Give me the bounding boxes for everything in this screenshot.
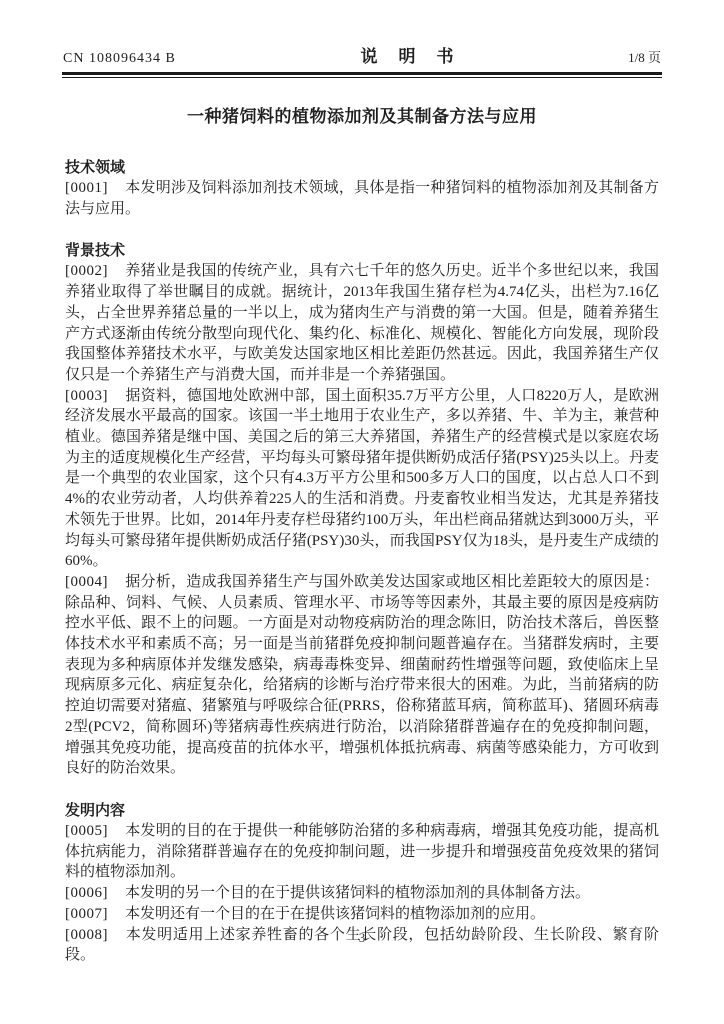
sheet-indicator: 1/8 页 bbox=[628, 47, 661, 66]
document-type-label: 说 明 书 bbox=[360, 42, 455, 67]
paragraph-text: 据资料，德国地处欧洲中部，国土面积35.7万平方公里，人口8220万人，是欧洲经… bbox=[65, 388, 659, 570]
paragraph-number: [0002] bbox=[65, 261, 108, 282]
section-heading: 背景技术 bbox=[65, 240, 659, 261]
invention-title: 一种猪饲料的植物添加剂及其制备方法与应用 bbox=[0, 102, 724, 127]
patent-specification-page: CN 108096434 B 说 明 书 1/8 页 一种猪饲料的植物添加剂及其… bbox=[0, 0, 724, 1024]
paragraph-number: [0001] bbox=[65, 178, 108, 199]
paragraph-0003: [0003]据资料，德国地处欧洲中部，国土面积35.7万平方公里，人口8220万… bbox=[65, 386, 659, 572]
paragraph-text: 养猪业是我国的传统产业，具有六七千年的悠久历史。近半个多世纪以来，我国养猪业取得… bbox=[65, 263, 659, 383]
paragraph-0002: [0002]养猪业是我国的传统产业，具有六七千年的悠久历史。近半个多世纪以来，我… bbox=[65, 261, 659, 385]
paragraph-0007: [0007]本发明还有一个目的在于在提供该猪饲料的植物添加剂的应用。 bbox=[65, 904, 659, 925]
paragraph-0005: [0005]本发明的目的在于提供一种能够防治猪的多种病毒病，增强其免疫功能，提高… bbox=[65, 821, 659, 883]
paragraph-text: 本发明的另一个目的在于提供该猪饲料的植物添加剂的具体制备方法。 bbox=[125, 885, 590, 901]
paragraph-text: 本发明的目的在于提供一种能够防治猪的多种病毒病，增强其免疫功能，提高机体抗病能力… bbox=[65, 823, 659, 880]
paragraph-number: [0006] bbox=[65, 883, 108, 904]
paragraph-number: [0005] bbox=[65, 821, 108, 842]
paragraph-number: [0003] bbox=[65, 386, 108, 407]
paragraph-number: [0004] bbox=[65, 572, 108, 593]
paragraph-text: 本发明还有一个目的在于在提供该猪饲料的植物添加剂的应用。 bbox=[125, 906, 545, 922]
paragraph-number: [0007] bbox=[65, 904, 108, 925]
specification-body: 技术领域 [0001]本发明涉及饲料添加剂技术领域，具体是指一种猪饲料的植物添加… bbox=[0, 157, 724, 966]
section-heading: 技术领域 bbox=[65, 157, 659, 178]
document-number: CN 108096434 B bbox=[63, 51, 176, 67]
paragraph-0001: [0001]本发明涉及饲料添加剂技术领域，具体是指一种猪饲料的植物添加剂及其制备… bbox=[65, 178, 659, 219]
page-header: CN 108096434 B 说 明 书 1/8 页 bbox=[0, 0, 724, 67]
section-heading: 发明内容 bbox=[65, 800, 659, 821]
paragraph-0004: [0004]据分析，造成我国养猪生产与国外欧美发达国家或地区相比差距较大的原因是… bbox=[65, 572, 659, 779]
header-divider-rule bbox=[62, 72, 662, 78]
section-background-art: 背景技术 [0002]养猪业是我国的传统产业，具有六七千年的悠久历史。近半个多世… bbox=[65, 240, 659, 779]
paragraph-text: 据分析，造成我国养猪生产与国外欧美发达国家或地区相比差距较大的原因是：除品种、饲… bbox=[65, 574, 659, 776]
paragraph-text: 本发明涉及饲料添加剂技术领域，具体是指一种猪饲料的植物添加剂及其制备方法与应用。 bbox=[65, 180, 659, 217]
section-technical-field: 技术领域 [0001]本发明涉及饲料添加剂技术领域，具体是指一种猪饲料的植物添加… bbox=[65, 157, 659, 219]
paragraph-0006: [0006]本发明的另一个目的在于提供该猪饲料的植物添加剂的具体制备方法。 bbox=[65, 883, 659, 904]
page-number: 3 bbox=[0, 930, 724, 946]
